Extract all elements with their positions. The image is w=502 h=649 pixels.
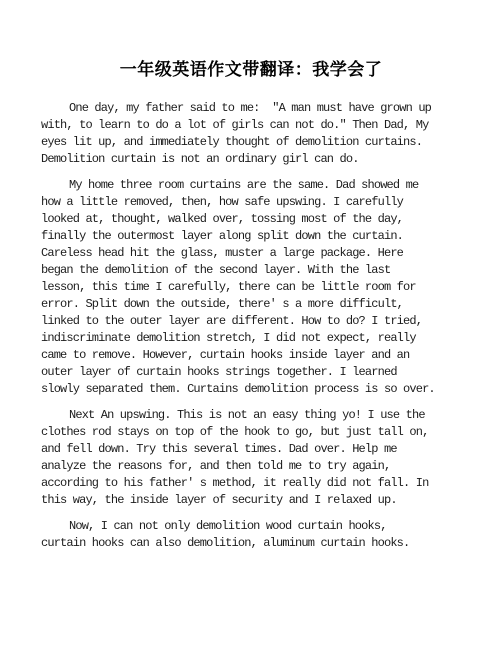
text-line: and fell down. Try this several times. D… — [41, 441, 482, 458]
document-body: One day, my father said to me: "A man mu… — [0, 84, 502, 552]
paragraph: Next An upswing. This is not an easy thi… — [41, 407, 482, 509]
text-line: outer layer of curtain hooks strings tog… — [41, 364, 482, 381]
text-line: this way, the inside layer of security a… — [41, 492, 482, 509]
text-line: came to remove. However, curtain hooks i… — [41, 347, 482, 364]
text-line: looked at, thought, walked over, tossing… — [41, 211, 482, 228]
text-line: began the demolition of the second layer… — [41, 262, 482, 279]
text-line: Next An upswing. This is not an easy thi… — [41, 407, 482, 424]
paragraph: One day, my father said to me: "A man mu… — [41, 100, 482, 168]
text-line: linked to the outer layer are different.… — [41, 313, 482, 330]
document-page: 一年级英语作文带翻译：我学会了 One day, my father said … — [0, 0, 502, 649]
text-line: with, to learn to do a lot of girls can … — [41, 117, 482, 134]
paragraph: Now, I can not only demolition wood curt… — [41, 518, 482, 552]
text-line: My home three room curtains are the same… — [41, 177, 482, 194]
text-line: analyze the reasons for, and then told m… — [41, 458, 482, 475]
text-line: curtain hooks can also demolition, alumi… — [41, 535, 482, 552]
text-line: error. Split down the outside, there' s … — [41, 296, 482, 313]
paragraph: My home three room curtains are the same… — [41, 177, 482, 398]
text-line: One day, my father said to me: "A man mu… — [41, 100, 482, 117]
text-line: Careless head hit the glass, muster a la… — [41, 245, 482, 262]
text-line: Demolition curtain is not an ordinary gi… — [41, 151, 482, 168]
document-title: 一年级英语作文带翻译：我学会了 — [0, 0, 502, 84]
text-line: slowly separated them. Curtains demoliti… — [41, 381, 482, 398]
text-line: according to his father' s method, it re… — [41, 475, 482, 492]
text-line: Now, I can not only demolition wood curt… — [41, 518, 482, 535]
text-line: lesson, this time I carefully, there can… — [41, 279, 482, 296]
text-line: eyes lit up, and immediately thought of … — [41, 134, 482, 151]
text-line: clothes rod stays on top of the hook to … — [41, 424, 482, 441]
text-line: how a little removed, then, how safe ups… — [41, 194, 482, 211]
text-line: indiscriminate demolition stretch, I did… — [41, 330, 482, 347]
text-line: finally the outermost layer along split … — [41, 228, 482, 245]
